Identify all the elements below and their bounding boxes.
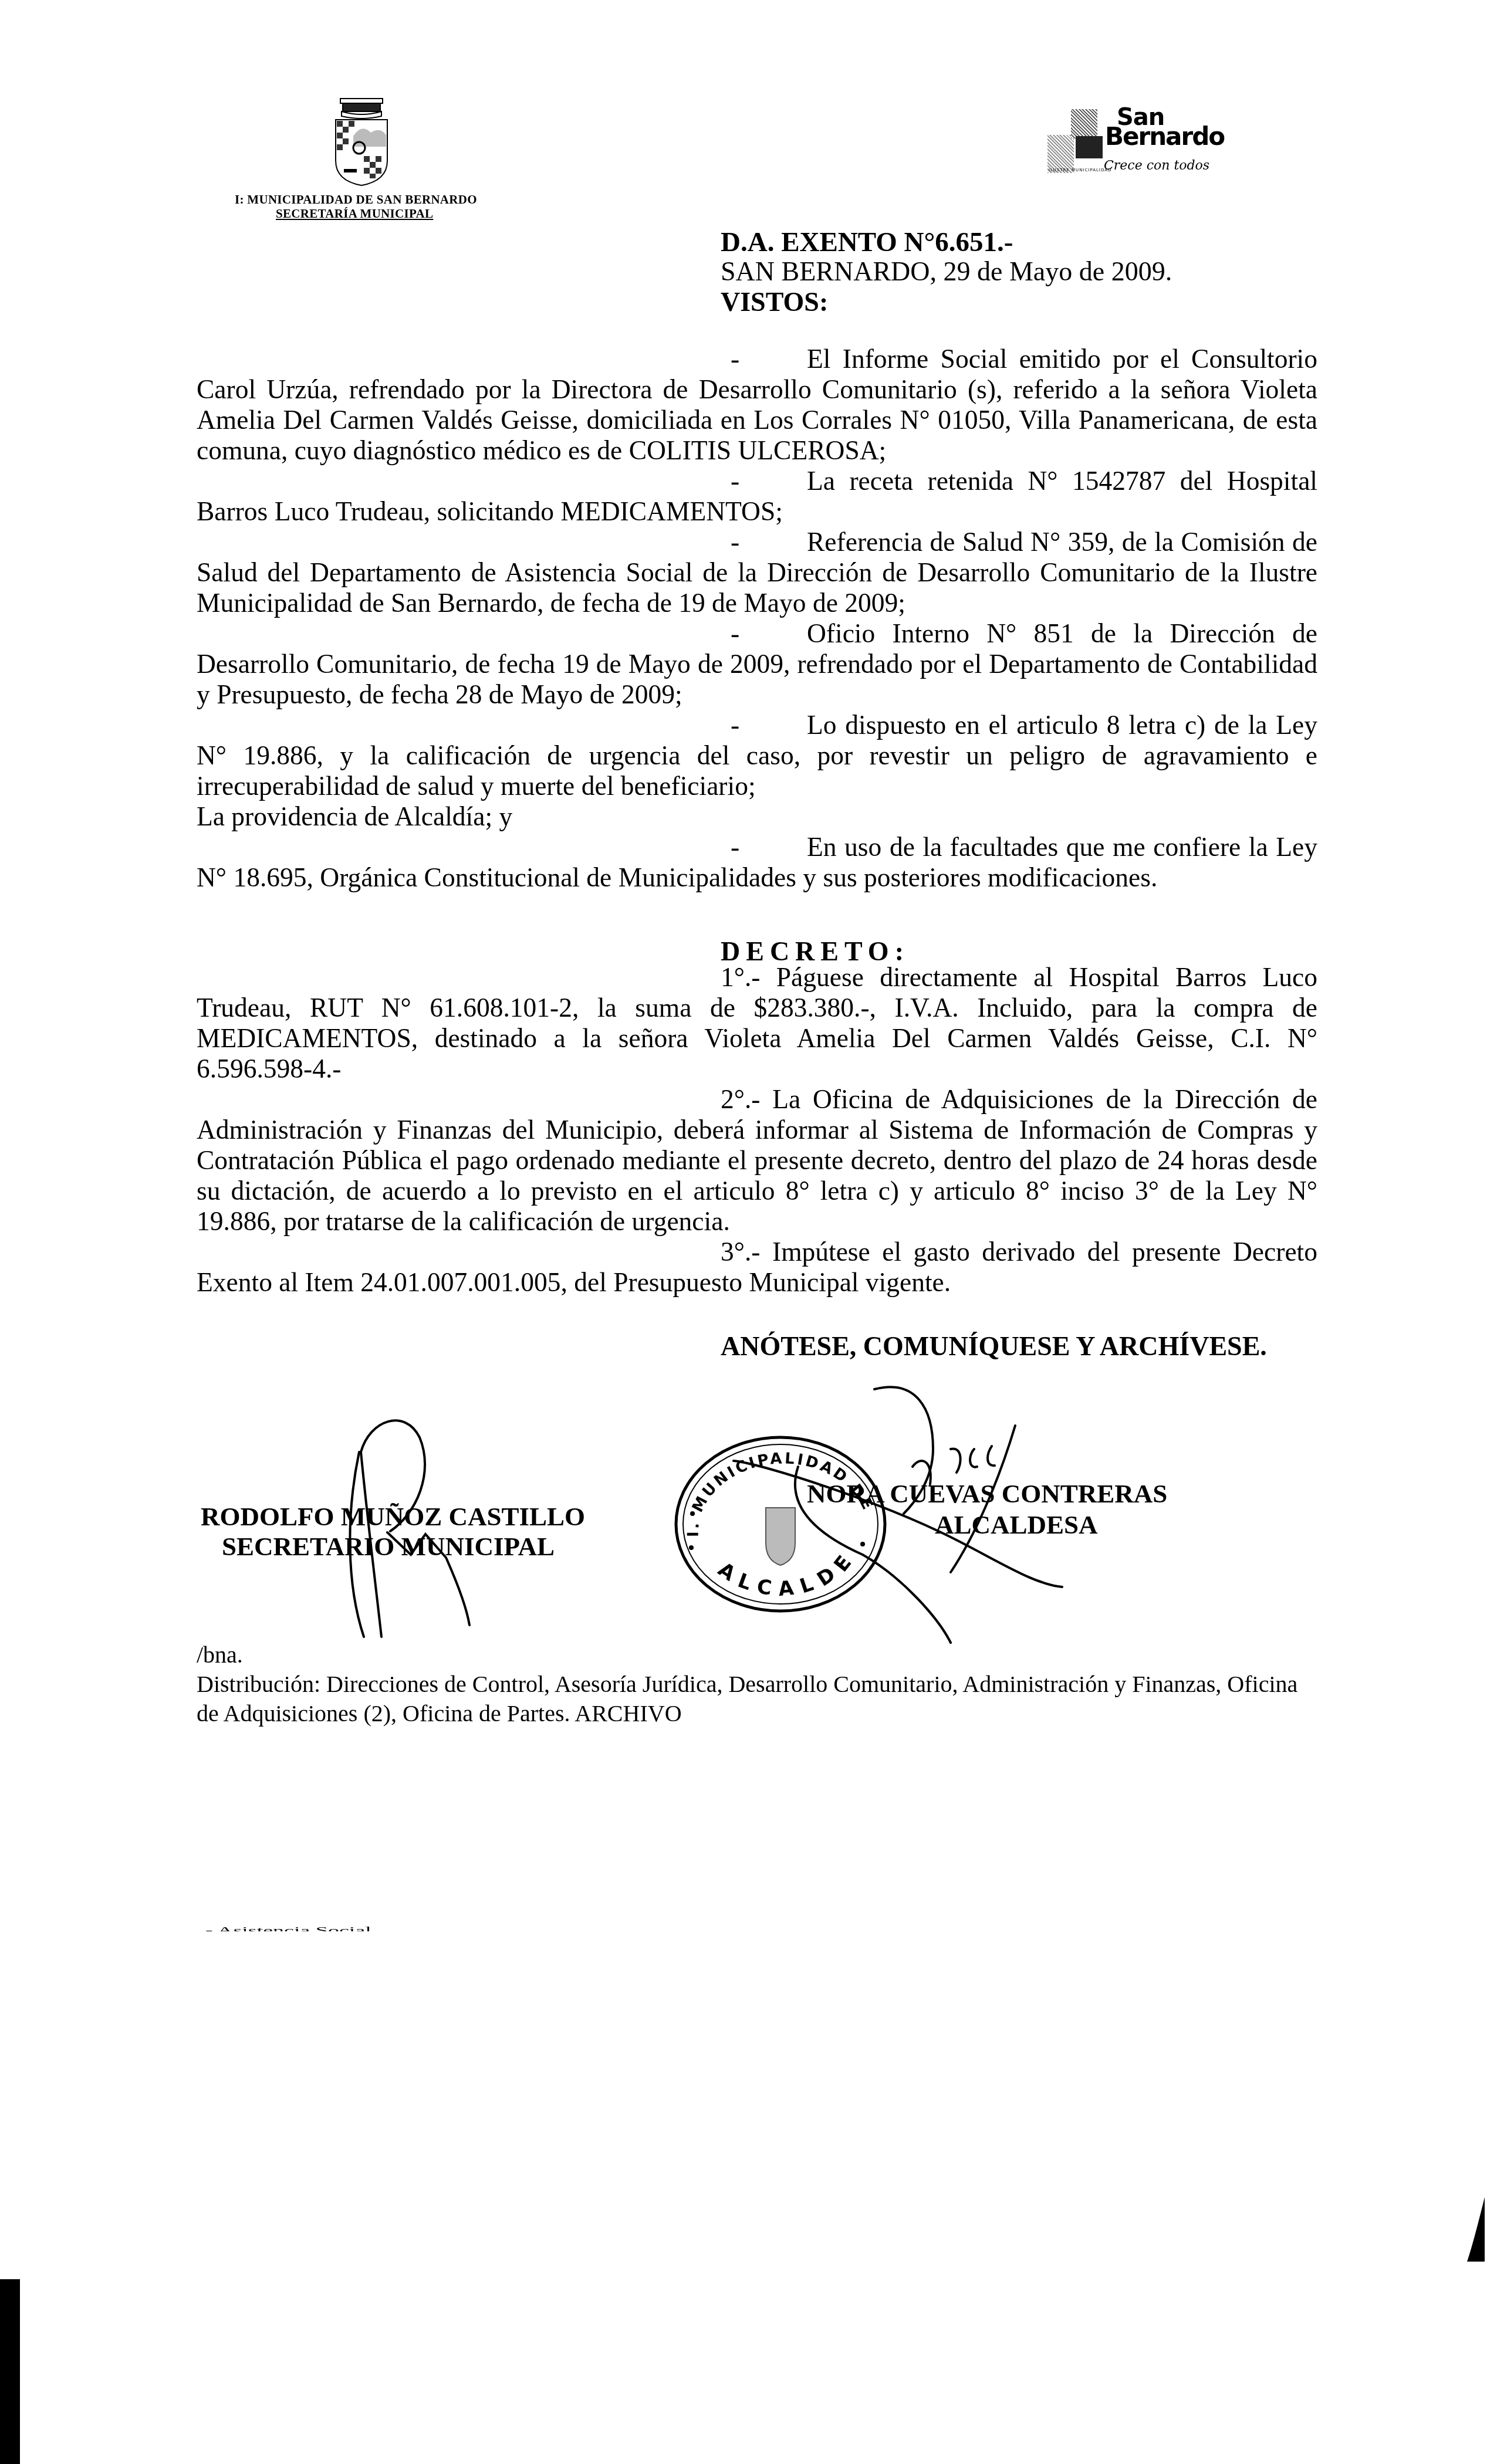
bullet-dash: - — [731, 527, 739, 557]
secretary-signature-block: RODOLFO MUÑOZ CASTILLO SECRETARIO MUNICI… — [201, 1502, 585, 1562]
bullet-dash: - — [731, 344, 739, 374]
mayor-signature-block: NORA CUEVAS CONTRERAS ALCALDESA — [807, 1478, 1167, 1541]
logo-tagline: Crece con todos — [1104, 158, 1209, 173]
providencia: La providencia de Alcaldía; y — [197, 801, 1317, 832]
mayor-name: NORA CUEVAS CONTRERAS — [807, 1478, 1167, 1509]
vistos-heading: VISTOS: — [721, 286, 828, 317]
bullet-dash: - — [731, 618, 739, 649]
municipal-coat-of-arms-icon — [330, 94, 393, 188]
vistos-item: -Oficio Interno N° 851 de la Dirección d… — [197, 618, 1317, 710]
scan-corner-mark — [1467, 2197, 1486, 2264]
typist-initials: /bna. — [197, 1640, 1323, 1670]
logo-block-mid — [1071, 109, 1097, 138]
san-bernardo-logo-icon: San Bernardo Crece con todos ILUSTRE MUN… — [1047, 106, 1235, 176]
logo-subtext: ILUSTRE MUNICIPALIDAD — [1049, 168, 1111, 172]
vistos-section: -El Informe Social emitido por el Consul… — [197, 344, 1317, 893]
vistos-item: -La receta retenida N° 1542787 del Hospi… — [197, 466, 1317, 527]
department-name: SECRETARÍA MUNICIPAL — [276, 207, 433, 221]
article-3: 3°.- Impútese el gasto derivado del pres… — [197, 1237, 1317, 1298]
logo-block-dark — [1076, 136, 1103, 158]
distribution-list: Distribución: Direcciones de Control, As… — [197, 1670, 1323, 1728]
mayor-title: ALCALDESA — [807, 1509, 1167, 1541]
logo-line2: Bernardo — [1105, 124, 1224, 149]
article-2: 2°.- La Oficina de Adquisiciones de la D… — [197, 1084, 1317, 1237]
vistos-item: -Referencia de Salud N° 359, de la Comis… — [197, 527, 1317, 618]
bullet-dash: - — [731, 832, 739, 862]
secretary-title: SECRETARIO MUNICIPAL — [201, 1532, 585, 1562]
footer: /bna. Distribución: Direcciones de Contr… — [197, 1640, 1323, 1728]
decree-number: D.A. EXENTO N°6.651.- — [721, 226, 1013, 258]
vistos-item: -Lo dispuesto en el articulo 8 letra c) … — [197, 710, 1317, 801]
closing-formula: ANÓTESE, COMUNÍQUESE Y ARCHÍVESE. — [721, 1331, 1267, 1362]
scan-edge-mark — [0, 2279, 20, 2464]
facultades-item: -En uso de la facultades que me confiere… — [197, 832, 1317, 893]
article-1: 1°.- Páguese directamente al Hospital Ba… — [197, 962, 1317, 1084]
municipality-name: I: MUNICIPALIDAD DE SAN BERNARDO — [235, 192, 477, 207]
secretary-name: RODOLFO MUÑOZ CASTILLO — [201, 1502, 585, 1532]
decreto-articles: 1°.- Páguese directamente al Hospital Ba… — [197, 962, 1317, 1298]
bullet-dash: - — [731, 466, 739, 496]
place-date: SAN BERNARDO, 29 de Mayo de 2009. — [721, 256, 1172, 287]
vistos-item: -El Informe Social emitido por el Consul… — [197, 344, 1317, 466]
bullet-dash: - — [731, 710, 739, 740]
stray-stamp-text: - Asistencia Social — [205, 1925, 371, 1931]
